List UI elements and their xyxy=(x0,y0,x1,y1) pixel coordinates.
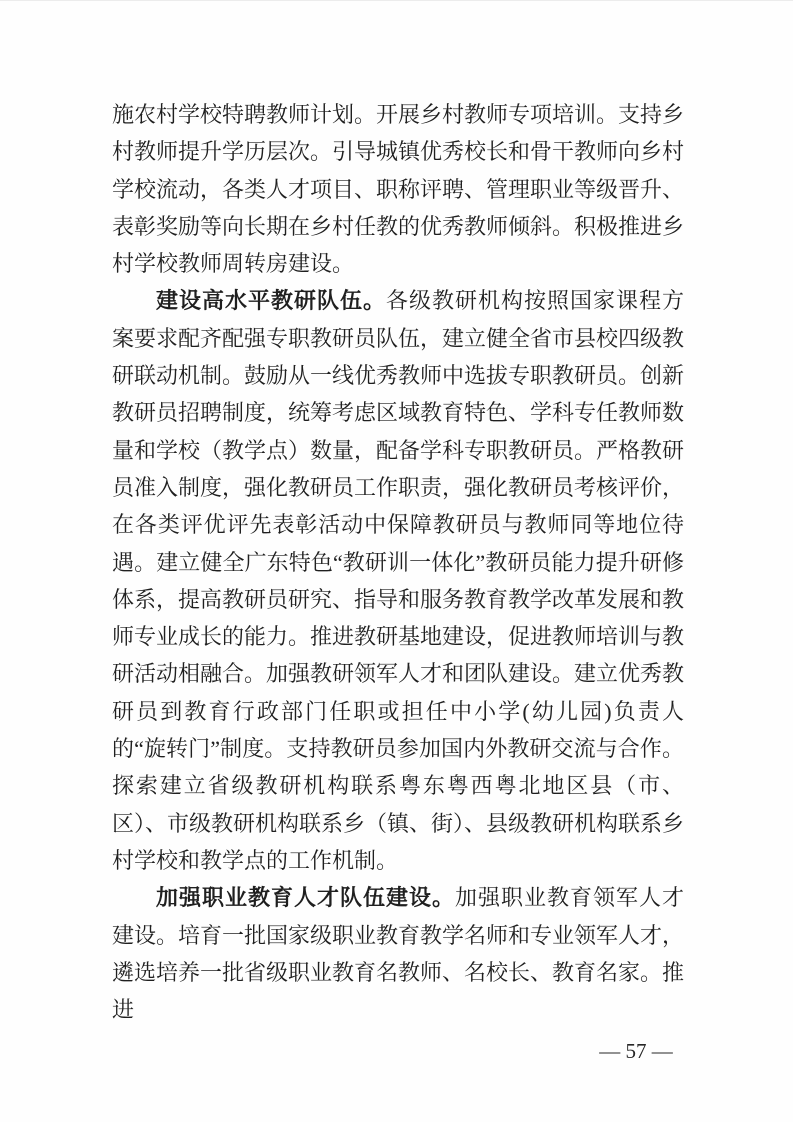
document-body: 施农村学校特聘教师计划。开展乡村教师专项培训。支持乡村教师提升学历层次。引导城镇… xyxy=(112,96,684,1028)
paragraph-text: 施农村学校特聘教师计划。开展乡村教师专项培训。支持乡村教师提升学历层次。引导城镇… xyxy=(112,102,684,276)
document-page: 施农村学校特聘教师计划。开展乡村教师专项培训。支持乡村教师提升学历层次。引导城镇… xyxy=(0,0,793,1122)
paragraph: 施农村学校特聘教师计划。开展乡村教师专项培训。支持乡村教师提升学历层次。引导城镇… xyxy=(112,96,684,282)
paragraph-lead: 加强职业教育人才队伍建设。 xyxy=(156,885,455,910)
paragraph: 加强职业教育人才队伍建设。加强职业教育领军人才建设。培育一批国家级职业教育教学名… xyxy=(112,879,684,1028)
paragraph: 建设高水平教研队伍。各级教研机构按照国家课程方案要求配齐配强专职教研员队伍，建立… xyxy=(112,282,684,879)
paragraph-text: 各级教研机构按照国家课程方案要求配齐配强专职教研员队伍，建立健全省市县校四级教研… xyxy=(112,288,684,872)
page-number: — 57 — xyxy=(585,1039,687,1064)
paragraph-lead: 建设高水平教研队伍。 xyxy=(156,288,386,313)
